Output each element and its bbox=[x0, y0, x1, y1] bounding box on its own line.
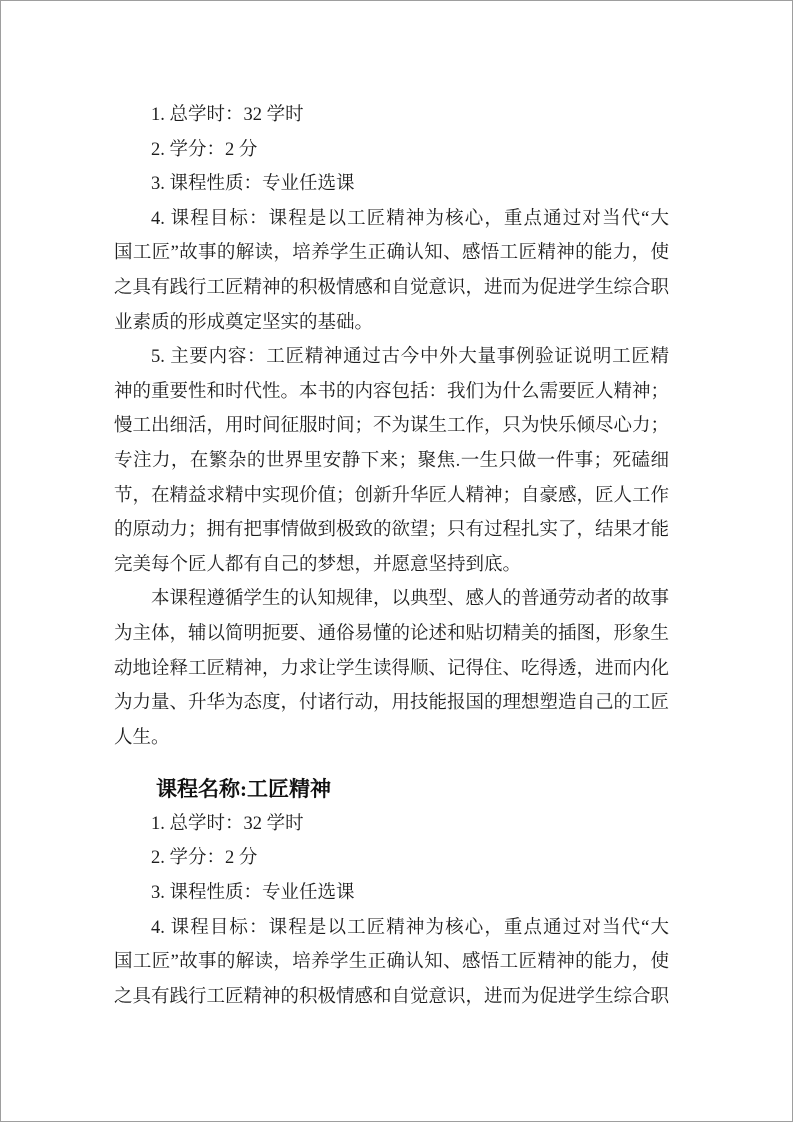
list-item-total-hours: 1. 总学时：32 学时 bbox=[114, 807, 669, 842]
list-item-main-content-line: 5. 主要内容：工匠精神通过古今中外大量事例验证说明工匠精 bbox=[114, 340, 669, 375]
list-item-course-goal-line: 4. 课程目标：课程是以工匠精神为核心，重点通过对当代“大 bbox=[114, 911, 669, 946]
course-name-heading: 课程名称:工匠精神 bbox=[114, 772, 669, 807]
list-item-course-goal-line: 之具有践行工匠精神的积极情感和自觉意识，进而为促进学生综合职 bbox=[114, 271, 669, 306]
closing-paragraph-line: 为主体，辅以简明扼要、通俗易懂的论述和贴切精美的插图，形象生 bbox=[114, 617, 669, 652]
closing-paragraph-line: 动地诠释工匠精神，力求让学生读得顺、记得住、吃得透，进而内化 bbox=[114, 652, 669, 687]
list-item-main-content-line: 节，在精益求精中实现价值；创新升华匠人精神；自豪感，匠人工作 bbox=[114, 479, 669, 514]
closing-paragraph-line: 为力量、升华为态度，付诸行动，用技能报国的理想塑造自己的工匠 bbox=[114, 686, 669, 721]
list-item-credits: 2. 学分：2 分 bbox=[114, 841, 669, 876]
list-item-main-content-line: 神的重要性和时代性。本书的内容包括：我们为什么需要匠人精神； bbox=[114, 375, 669, 410]
closing-paragraph-line: 本课程遵循学生的认知规律，以典型、感人的普通劳动者的故事 bbox=[114, 582, 669, 617]
list-item-main-content-line: 的原动力；拥有把事情做到极致的欲望；只有过程扎实了，结果才能 bbox=[114, 513, 669, 548]
list-item-course-type: 3. 课程性质：专业任选课 bbox=[114, 167, 669, 202]
list-item-course-goal-line: 业素质的形成奠定坚实的基础。 bbox=[114, 306, 669, 341]
list-item-total-hours: 1. 总学时：32 学时 bbox=[114, 98, 669, 133]
closing-paragraph-line: 人生。 bbox=[114, 721, 669, 756]
list-item-course-type: 3. 课程性质：专业任选课 bbox=[114, 876, 669, 911]
list-item-course-goal-line: 国工匠”故事的解读，培养学生正确认知、感悟工匠精神的能力，使 bbox=[114, 945, 669, 980]
list-item-main-content-line: 慢工出细活，用时间征服时间；不为谋生工作，只为快乐倾尽心力； bbox=[114, 409, 669, 444]
list-item-course-goal-line: 国工匠”故事的解读，培养学生正确认知、感悟工匠精神的能力，使 bbox=[114, 236, 669, 271]
list-item-course-goal-line: 4. 课程目标：课程是以工匠精神为核心，重点通过对当代“大 bbox=[114, 202, 669, 237]
list-item-credits: 2. 学分：2 分 bbox=[114, 133, 669, 168]
page-body-text: 1. 总学时：32 学时 2. 学分：2 分 3. 课程性质：专业任选课 4. … bbox=[114, 98, 669, 1014]
document-page: 1. 总学时：32 学时 2. 学分：2 分 3. 课程性质：专业任选课 4. … bbox=[0, 0, 793, 1122]
list-item-main-content-line: 专注力，在繁杂的世界里安静下来；聚焦.一生只做一件事；死磕细 bbox=[114, 444, 669, 479]
list-item-main-content-line: 完美每个匠人都有自己的梦想，并愿意坚持到底。 bbox=[114, 548, 669, 583]
list-item-course-goal-line: 之具有践行工匠精神的积极情感和自觉意识，进而为促进学生综合职 bbox=[114, 980, 669, 1015]
